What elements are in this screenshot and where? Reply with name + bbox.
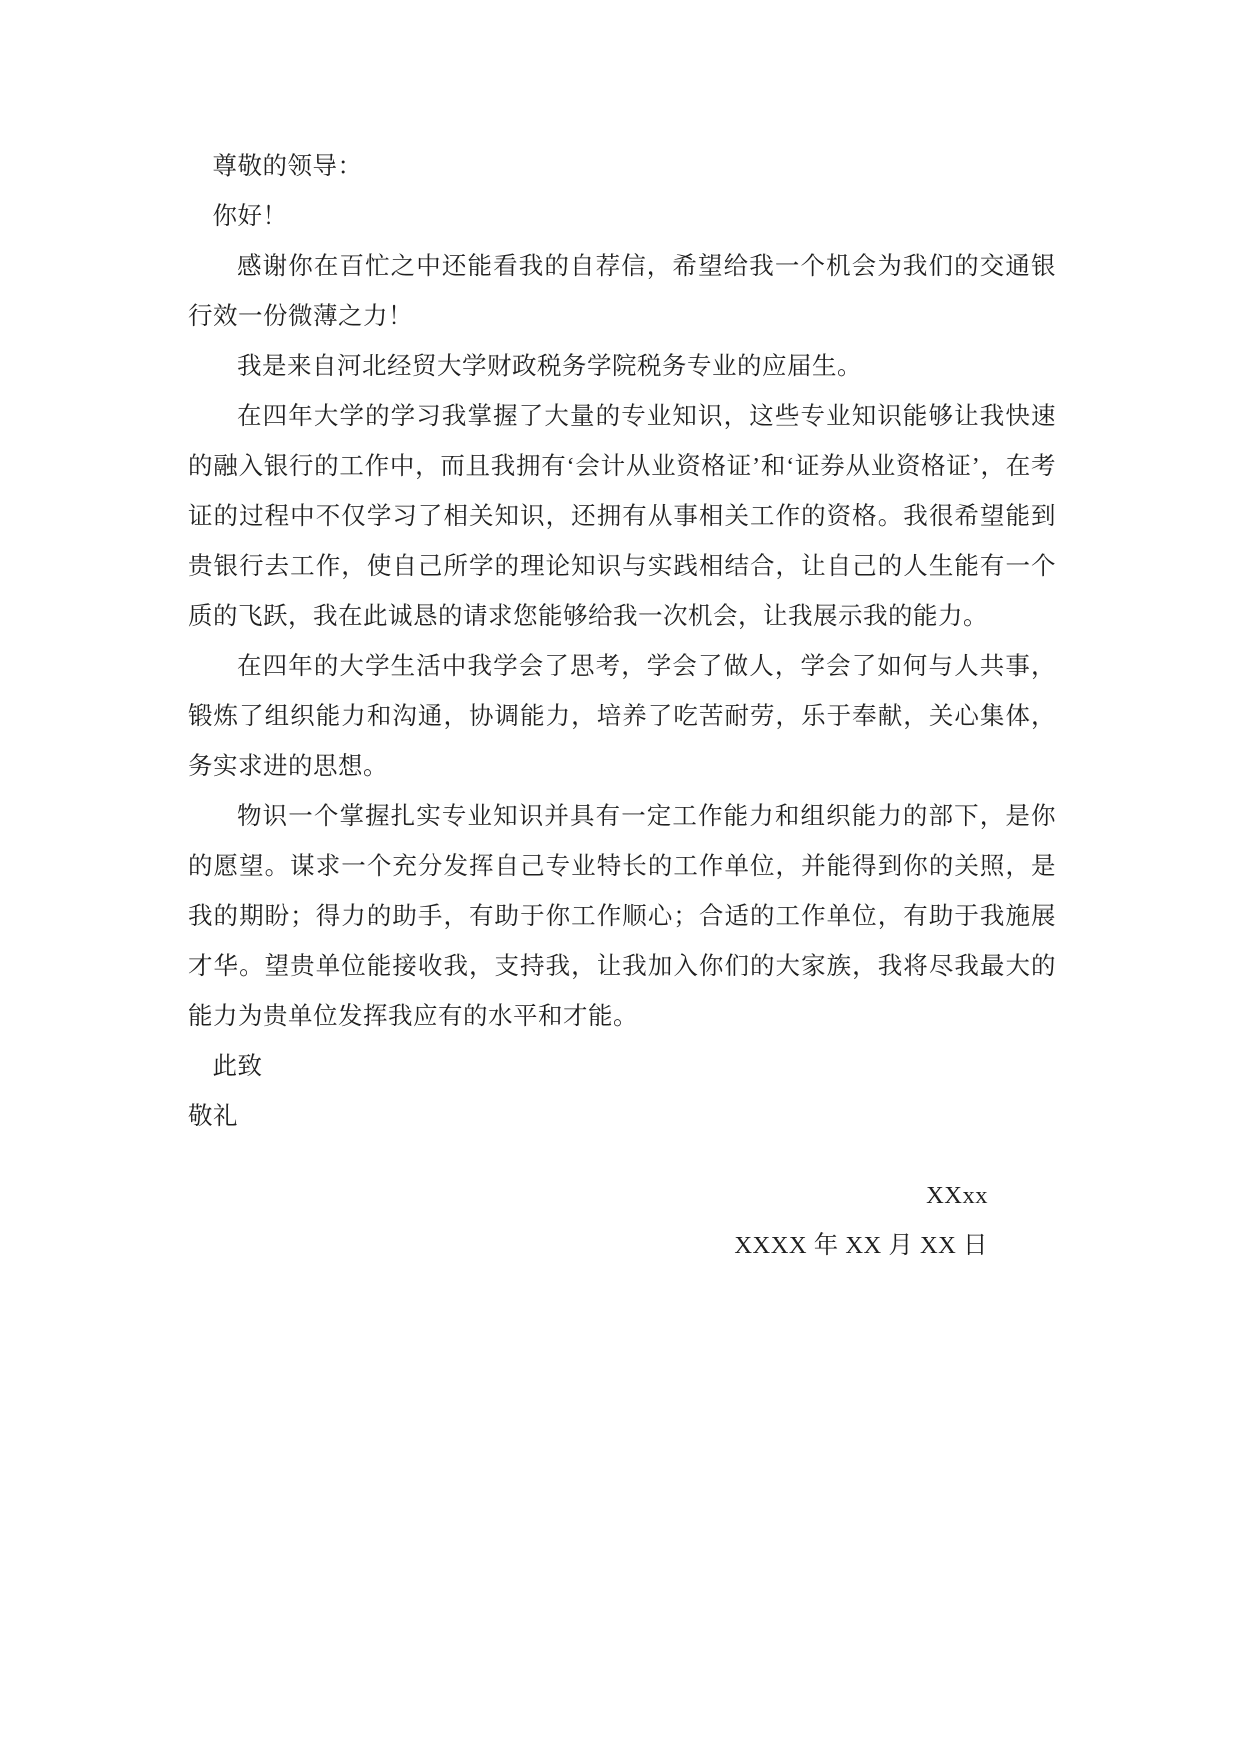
- signature-block: XXxx XXXX 年 XX 月 XX 日: [188, 1171, 1056, 1271]
- letter-body: 尊敬的领导： 你好！ 感谢你在百忙之中还能看我的自荐信，希望给我一个机会为我们的…: [188, 142, 1056, 1271]
- document-page: 尊敬的领导： 你好！ 感谢你在百忙之中还能看我的自荐信，希望给我一个机会为我们的…: [0, 0, 1240, 1754]
- signature-name: XXxx: [188, 1171, 988, 1221]
- paragraph-personal-qualities: 在四年的大学生活中我学会了思考，学会了做人，学会了如何与人共事，锻炼了组织能力和…: [188, 642, 1056, 792]
- paragraph-appeal: 物识一个掌握扎实专业知识并具有一定工作能力和组织能力的部下，是你的愿望。谋求一个…: [188, 792, 1056, 1042]
- closing-jingli: 敬礼: [188, 1092, 1056, 1142]
- signature-date: XXXX 年 XX 月 XX 日: [188, 1221, 988, 1271]
- closing-cizhi: 此致: [188, 1042, 1056, 1092]
- greeting-line: 你好！: [188, 192, 1056, 242]
- paragraph-self-introduction: 我是来自河北经贸大学财政税务学院税务专业的应届生。: [188, 342, 1056, 392]
- paragraph-thanks: 感谢你在百忙之中还能看我的自荐信，希望给我一个机会为我们的交通银行效一份微薄之力…: [188, 242, 1056, 342]
- salutation-line: 尊敬的领导：: [188, 142, 1056, 192]
- paragraph-professional-knowledge: 在四年大学的学习我掌握了大量的专业知识，这些专业知识能够让我快速的融入银行的工作…: [188, 392, 1056, 642]
